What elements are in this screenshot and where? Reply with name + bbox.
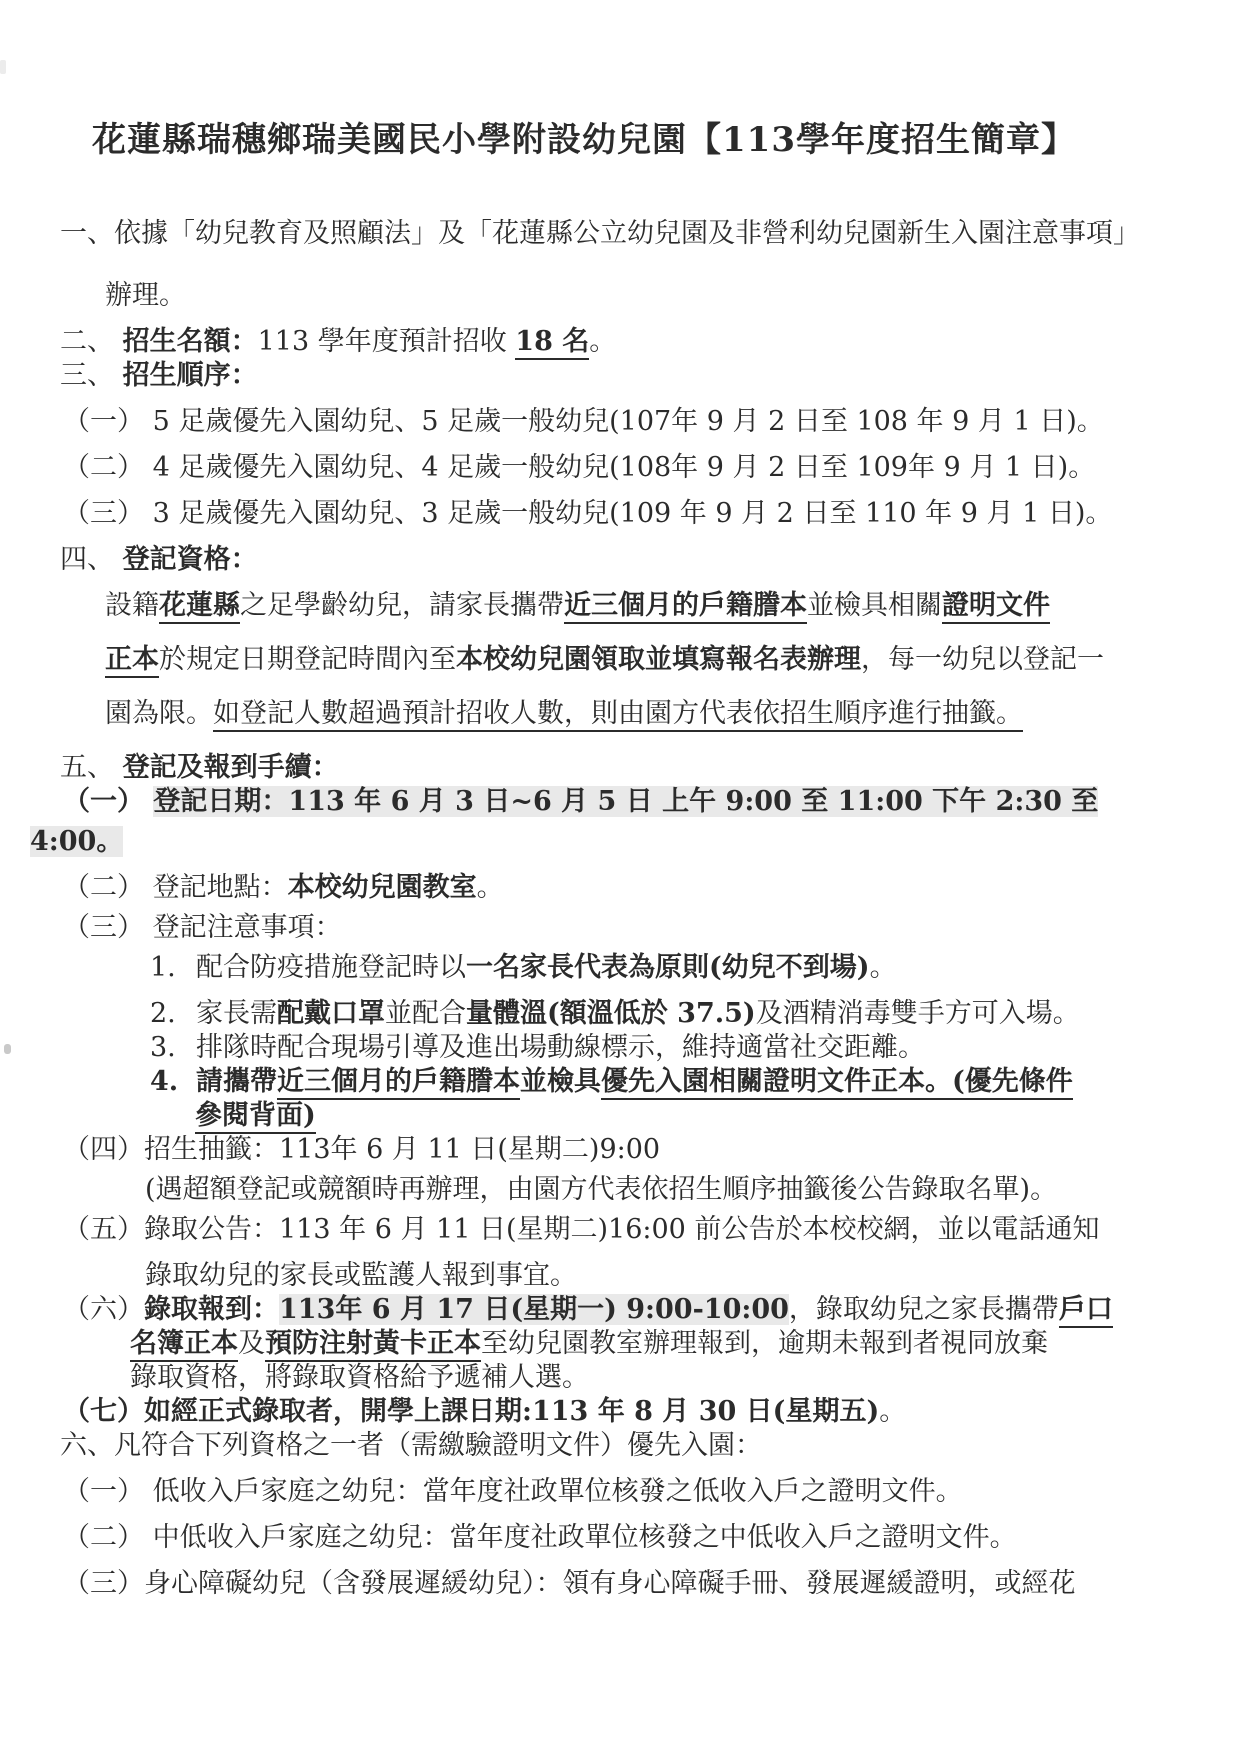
text-segment: 於規定日期登記時間內至 xyxy=(159,644,456,675)
text-segment: 3. xyxy=(150,1031,196,1065)
text-segment: 排隊時配合現場引導及進出場動線標示，維持適當社交距離。 xyxy=(196,1032,925,1063)
text-segment: 配合防疫措施登記時以 xyxy=(196,952,466,983)
text-segment: 之足學齡幼兒，請家長攜帶 xyxy=(240,590,564,621)
text-segment: （三）身心障礙幼兒（含發展遲緩幼兒）：領有身心障礙手冊、發展遲緩證明，或經花 xyxy=(63,1568,1076,1599)
text-segment: （三） 登記注意事項： xyxy=(63,912,342,943)
text-segment: 花蓮縣 xyxy=(159,590,240,624)
text-line-3: 二、 招生名額：113 學年度預計招收 18 名。 xyxy=(60,325,1240,359)
text-segment: 。 xyxy=(589,326,616,357)
text-segment: 四、 xyxy=(60,544,123,575)
text-segment: 證明文件 xyxy=(942,590,1050,624)
text-segment: 錄取幼兒的家長或監護人報到事宜。 xyxy=(145,1260,577,1291)
scanned-document-page: 花蓮縣瑞穗鄉瑞美國民小學附設幼兒園【113學年度招生簡章】 一、依據「幼兒教育及… xyxy=(0,0,1240,1752)
text-line-28: 錄取資格，將錄取資格給予遞補人選。 xyxy=(130,1361,1240,1395)
text-segment: 一、依據「幼兒教育及照顧法」及「花蓮縣公立幼兒園及非營利幼兒園新生入園注意事項」 xyxy=(60,218,1140,249)
text-line-8: 四、 登記資格： xyxy=(60,543,1240,577)
scan-artifact-smudge xyxy=(0,60,6,74)
text-segment: 登記日期：113 年 6 月 3 日~6 月 5 日 上午 9:00 至 11:… xyxy=(153,786,1098,817)
text-line-24: （五）錄取公告：113 年 6 月 11 日(星期二)16:00 前公告於本校校… xyxy=(63,1213,1240,1247)
text-line-14: 4:00。 xyxy=(30,825,1240,859)
text-segment: 招生順序： xyxy=(123,360,258,391)
text-segment: 如經正式錄取者，開學上課日期:113 年 8 月 30 日(星期五) xyxy=(144,1396,879,1427)
text-segment: 量體溫(額溫低於 37.5) xyxy=(466,998,756,1029)
text-segment: 三、 xyxy=(60,360,123,391)
text-line-6: （二） 4 足歲優先入園幼兒、4 足歲一般幼兒(108年 9 月 2 日至 10… xyxy=(63,451,1240,485)
text-line-22: （四）招生抽籤：113年 6 月 11 日(星期二)9:00 xyxy=(63,1133,1240,1167)
text-segment: 113 學年度預計招收 xyxy=(258,326,516,357)
text-line-23: (遇超額登記或競額時再辦理，由園方代表依招生順序抽籤後公告錄取名單)。 xyxy=(145,1173,1240,1207)
text-segment: 一名家長代表為原則(幼兒不到場) xyxy=(466,952,870,983)
text-segment: 招生名額： xyxy=(123,326,258,357)
text-line-7: （三） 3 足歲優先入園幼兒、3 足歲一般幼兒(109 年 9 月 2 日至 1… xyxy=(63,497,1240,531)
text-segment: 園為限。 xyxy=(105,698,213,729)
text-segment: 4. xyxy=(150,1065,196,1099)
text-segment: 優先入園相關證明文件正本。 xyxy=(601,1066,952,1100)
scan-artifact-dot xyxy=(4,1044,11,1054)
text-segment: 1. xyxy=(150,951,196,985)
text-segment: 正本 xyxy=(105,644,159,678)
text-segment: 4:00。 xyxy=(30,826,123,857)
text-segment: 辦理。 xyxy=(105,280,186,311)
text-segment: （七） xyxy=(63,1396,144,1427)
text-segment: （一） 5 足歲優先入園幼兒、5 足歲一般幼兒(107年 9 月 2 日至 10… xyxy=(63,406,1104,437)
text-line-26: （六）錄取報到：113年 6 月 17 日(星期一) 9:00-10:00，錄取… xyxy=(63,1293,1240,1327)
text-segment: 戶口 xyxy=(1059,1294,1113,1328)
text-segment: 六、凡符合下列資格之一者（需繳驗證明文件）優先入園： xyxy=(60,1430,762,1461)
text-line-11: 園為限。如登記人數超過預計招收人數，則由園方代表依招生順序進行抽籤。 xyxy=(105,697,1240,731)
text-segment: 113年 6 月 17 日(星期一) 9:00-10:00 xyxy=(279,1294,789,1325)
text-segment: 名簿正本 xyxy=(130,1328,238,1362)
text-segment: （四）招生抽籤：113年 6 月 11 日(星期二)9:00 xyxy=(63,1134,660,1165)
text-line-33: （三）身心障礙幼兒（含發展遲緩幼兒）：領有身心障礙手冊、發展遲緩證明，或經花 xyxy=(63,1567,1240,1601)
text-segment: 及酒精消毒雙手方可入場。 xyxy=(756,998,1080,1029)
text-segment: 配戴口罩 xyxy=(277,998,385,1029)
text-line-16: （三） 登記注意事項： xyxy=(63,911,1240,945)
text-line-12: 五、 登記及報到手續： xyxy=(60,751,1240,785)
text-line-32: （二） 中低收入戶家庭之幼兒：當年度社政單位核發之中低收入戶之證明文件。 xyxy=(63,1521,1240,1555)
text-line-18: 2.家長需配戴口罩並配合量體溫(額溫低於 37.5)及酒精消毒雙手方可入場。 xyxy=(150,997,1240,1031)
text-segment: 二、 xyxy=(60,326,123,357)
text-line-10: 正本於規定日期登記時間內至本校幼兒園領取並填寫報名表辦理，每一幼兒以登記一 xyxy=(105,643,1240,677)
page-title: 花蓮縣瑞穗鄉瑞美國民小學附設幼兒園【113學年度招生簡章】 xyxy=(92,112,1200,161)
text-segment: 並配合 xyxy=(385,998,466,1029)
text-segment: （五）錄取公告：113 年 6 月 11 日(星期二)16:00 前公告於本校校… xyxy=(63,1214,1099,1245)
text-line-27: 名簿正本及預防注射黃卡正本至幼兒園教室辦理報到，逾期未報到者視同放棄 xyxy=(130,1327,1240,1361)
text-segment: 並檢具相關 xyxy=(807,590,942,621)
text-segment: 。 xyxy=(879,1396,906,1427)
text-segment: （六） xyxy=(63,1294,144,1325)
document-body: 一、依據「幼兒教育及照顧法」及「花蓮縣公立幼兒園及非營利幼兒園新生入園注意事項」… xyxy=(0,217,1240,1601)
text-segment: 近三個月的戶籍謄本 xyxy=(277,1066,520,1100)
text-line-4: 三、 招生順序： xyxy=(60,359,1240,393)
text-segment: 請攜帶 xyxy=(196,1066,277,1097)
text-segment: 家長需 xyxy=(196,998,277,1029)
text-segment: 五、 xyxy=(60,752,123,783)
text-segment: （一） xyxy=(63,786,153,817)
text-segment: （三） 3 足歲優先入園幼兒、3 足歲一般幼兒(109 年 9 月 2 日至 1… xyxy=(63,498,1112,529)
text-segment: (優先條件 xyxy=(952,1066,1073,1100)
text-line-13: （一） 登記日期：113 年 6 月 3 日~6 月 5 日 上午 9:00 至… xyxy=(63,785,1240,819)
text-segment: 如登記人數超過預計招收人數，則由園方代表依招生順序進行抽籤。 xyxy=(213,698,1023,732)
text-segment: 近三個月的戶籍謄本 xyxy=(564,590,807,624)
text-segment: ，每一幼兒以登記一 xyxy=(861,644,1104,675)
text-segment: 錄取報到： xyxy=(144,1294,279,1325)
text-segment: （二） 登記地點： xyxy=(63,872,288,903)
text-segment: （二） 中低收入戶家庭之幼兒：當年度社政單位核發之中低收入戶之證明文件。 xyxy=(63,1522,1017,1553)
text-line-21: 參閱背面) xyxy=(195,1099,1240,1133)
text-segment: （二） 4 足歲優先入園幼兒、4 足歲一般幼兒(108年 9 月 2 日至 10… xyxy=(63,452,1095,483)
text-line-17: 1.配合防疫措施登記時以一名家長代表為原則(幼兒不到場)。 xyxy=(150,951,1240,985)
text-segment: 錄取資格，將錄取資格給予遞補人選。 xyxy=(130,1362,589,1393)
text-segment: 本校幼兒園教室 xyxy=(288,872,477,903)
text-segment: 預防注射黃卡正本 xyxy=(265,1328,481,1362)
text-segment: 參閱背面) xyxy=(195,1100,316,1134)
text-segment: ，錄取幼兒之家長攜帶 xyxy=(789,1294,1059,1325)
text-segment: 2. xyxy=(150,997,196,1031)
text-segment: 。 xyxy=(870,952,897,983)
text-segment: 設籍 xyxy=(105,590,159,621)
text-segment: 登記及報到手續： xyxy=(123,752,339,783)
text-segment: 登記資格： xyxy=(123,544,258,575)
text-line-5: （一） 5 足歲優先入園幼兒、5 足歲一般幼兒(107年 9 月 2 日至 10… xyxy=(63,405,1240,439)
text-line-15: （二） 登記地點：本校幼兒園教室。 xyxy=(63,871,1240,905)
text-line-2: 辦理。 xyxy=(105,279,1240,313)
text-line-31: （一） 低收入戶家庭之幼兒：當年度社政單位核發之低收入戶之證明文件。 xyxy=(63,1475,1240,1509)
text-segment: 並檢具 xyxy=(520,1066,601,1097)
text-line-9: 設籍花蓮縣之足學齡幼兒，請家長攜帶近三個月的戶籍謄本並檢具相關證明文件 xyxy=(105,589,1240,623)
text-segment: （一） 低收入戶家庭之幼兒：當年度社政單位核發之低收入戶之證明文件。 xyxy=(63,1476,963,1507)
text-line-19: 3.排隊時配合現場引導及進出場動線標示，維持適當社交距離。 xyxy=(150,1031,1240,1065)
text-line-29: （七）如經正式錄取者，開學上課日期:113 年 8 月 30 日(星期五)。 xyxy=(63,1395,1240,1429)
text-segment: 。 xyxy=(477,872,504,903)
text-segment: (遇超額登記或競額時再辦理，由園方代表依招生順序抽籤後公告錄取名單)。 xyxy=(145,1174,1057,1205)
text-line-25: 錄取幼兒的家長或監護人報到事宜。 xyxy=(145,1259,1240,1293)
text-line-1: 一、依據「幼兒教育及照顧法」及「花蓮縣公立幼兒園及非營利幼兒園新生入園注意事項」 xyxy=(60,217,1240,251)
text-line-20: 4.請攜帶近三個月的戶籍謄本並檢具優先入園相關證明文件正本。(優先條件 xyxy=(150,1065,1240,1099)
text-line-30: 六、凡符合下列資格之一者（需繳驗證明文件）優先入園： xyxy=(60,1429,1240,1463)
text-segment: 本校幼兒園領取並填寫報名表辦理 xyxy=(456,644,861,675)
text-segment: 至幼兒園教室辦理報到，逾期未報到者視同放棄 xyxy=(481,1328,1048,1359)
text-segment: 18 名 xyxy=(515,326,589,360)
text-segment: 及 xyxy=(238,1328,265,1359)
